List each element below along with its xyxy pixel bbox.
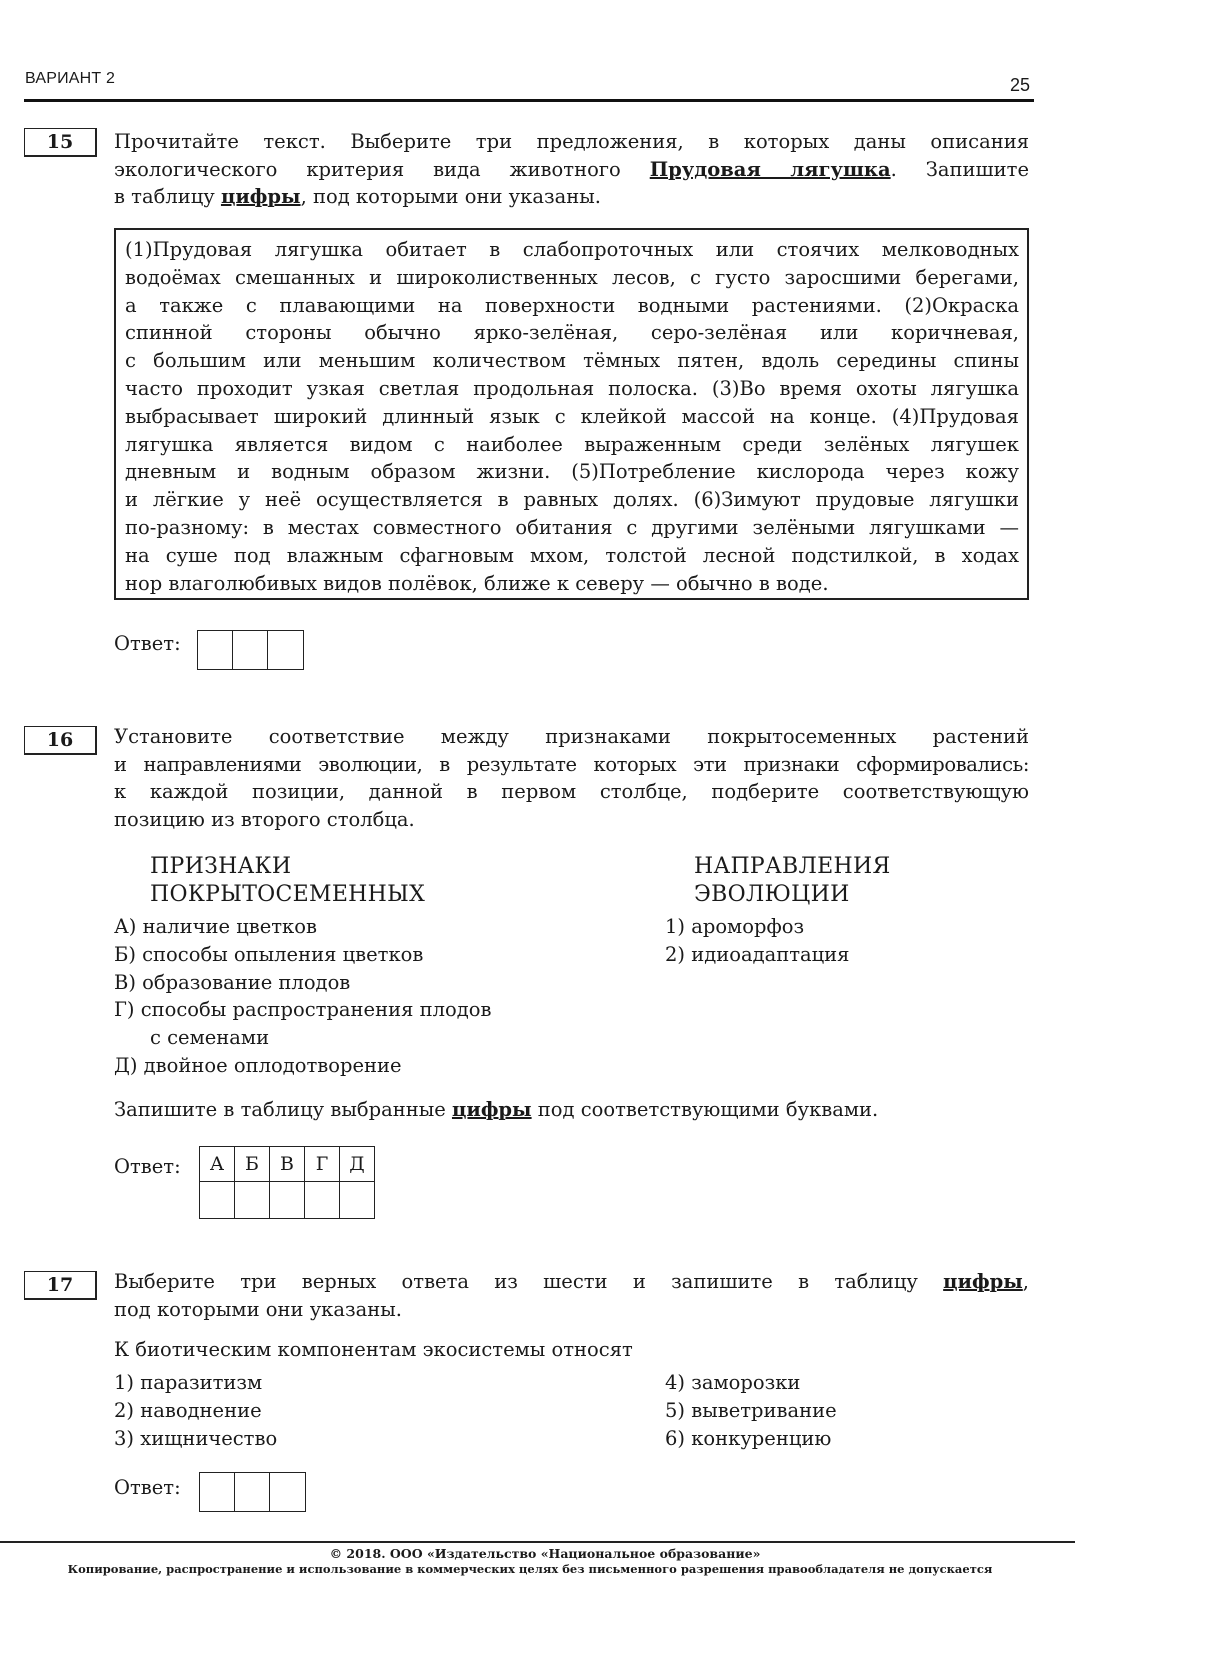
text-line: выбрасывает широкий длинный язык с клейк… xyxy=(125,403,1019,431)
header-divider xyxy=(24,99,1034,102)
answer-cell[interactable] xyxy=(270,1473,305,1511)
direction-item-1: 1) ароморфоз xyxy=(665,913,849,941)
feature-item-g-continued: с семенами xyxy=(114,1024,491,1052)
direction-item-2: 2) идиоадаптация xyxy=(665,941,849,969)
question-15-prompt: Прочитайте текст. Выберите три предложен… xyxy=(114,128,1029,211)
right-column-items: 1) ароморфоз 2) идиоадаптация xyxy=(665,913,849,969)
answer-cell[interactable] xyxy=(200,1473,235,1511)
option-2: 2) наводнение xyxy=(114,1397,277,1425)
question-15-text-box: (1)Прудовая лягушка обитает в слабопрото… xyxy=(114,228,1029,600)
answer-label-15: Ответ: xyxy=(114,632,181,655)
text-line: по-разному: в местах совместного обитани… xyxy=(125,514,1019,542)
left-column-heading: ПРИЗНАКИ ПОКРЫТОСЕМЕННЫХ xyxy=(150,853,425,909)
text-line: водоёмах смешанных и широколиственных ле… xyxy=(125,264,1019,292)
footer-notice: Копирование, распространение и использов… xyxy=(0,1562,1060,1576)
question-16-instruction: Запишите в таблицу выбранные цифры под с… xyxy=(114,1096,878,1124)
feature-item-a: А) наличие цветков xyxy=(114,913,491,941)
text-line: нор влаголюбивых видов полёвок, ближе к … xyxy=(125,570,1019,598)
options-right: 4) заморозки 5) выветривание 6) конкурен… xyxy=(665,1369,837,1452)
letter-header-d: Д xyxy=(340,1147,375,1182)
right-column-heading: НАПРАВЛЕНИЯ ЭВОЛЮЦИИ xyxy=(694,853,891,909)
answer-cell[interactable] xyxy=(305,1182,340,1219)
answer-cell[interactable] xyxy=(268,631,303,669)
prompt-line: экологического критерия вида животного П… xyxy=(114,156,1029,184)
answer-label-16: Ответ: xyxy=(114,1155,181,1178)
prompt-line: под которыми они указаны. xyxy=(114,1296,1029,1324)
text-line: на суше под влажным сфагновым мхом, толс… xyxy=(125,542,1019,570)
question-number-17: 17 xyxy=(24,1271,97,1300)
answer-cell[interactable] xyxy=(198,631,233,669)
prompt-line: Установите соответствие между признаками… xyxy=(114,723,1029,751)
key-word-digits: цифры xyxy=(452,1098,532,1121)
question-number-16: 16 xyxy=(24,726,97,755)
variant-label: ВАРИАНТ 2 xyxy=(25,70,115,88)
page-number: 25 xyxy=(1010,75,1030,96)
letter-header-g: Г xyxy=(305,1147,340,1182)
question-number-15: 15 xyxy=(24,128,97,157)
answer-cell[interactable] xyxy=(235,1182,270,1219)
answer-cells-17 xyxy=(199,1472,306,1512)
option-1: 1) паразитизм xyxy=(114,1369,277,1397)
answer-cells-15 xyxy=(197,630,304,670)
species-name: Прудовая лягушка xyxy=(650,158,891,181)
answer-cell[interactable] xyxy=(235,1473,270,1511)
options-left: 1) паразитизм 2) наводнение 3) хищничест… xyxy=(114,1369,277,1452)
text-line: спинной стороны обычно ярко-зелёная, сер… xyxy=(125,319,1019,347)
option-5: 5) выветривание xyxy=(665,1397,837,1425)
question-17-stem: К биотическим компонентам экосистемы отн… xyxy=(114,1336,633,1364)
text-line: с большим или меньшим количеством тёмных… xyxy=(125,347,1019,375)
option-4: 4) заморозки xyxy=(665,1369,837,1397)
footer-divider xyxy=(0,1541,1075,1543)
option-6: 6) конкуренцию xyxy=(665,1425,837,1453)
prompt-line: к каждой позиции, данной в первом столбц… xyxy=(114,778,1029,806)
prompt-line: Выберите три верных ответа из шести и за… xyxy=(114,1268,1029,1296)
answer-label-17: Ответ: xyxy=(114,1476,181,1499)
question-16-prompt: Установите соответствие между признаками… xyxy=(114,723,1029,833)
text-line: дневным и водным образом жизни. (5)Потре… xyxy=(125,458,1019,486)
footer-copyright: © 2018. ООО «Издательство «Национальное … xyxy=(0,1546,1090,1561)
feature-item-v: В) образование плодов xyxy=(114,969,491,997)
answer-cell[interactable] xyxy=(340,1182,375,1219)
letter-header-b: Б xyxy=(235,1147,270,1182)
left-column-items: А) наличие цветков Б) способы опыления ц… xyxy=(114,913,491,1080)
key-word-digits: цифры xyxy=(221,185,301,208)
feature-item-b: Б) способы опыления цветков xyxy=(114,941,491,969)
letter-header-v: В xyxy=(270,1147,305,1182)
feature-item-g: Г) способы распространения плодов xyxy=(114,996,491,1024)
key-word-digits: цифры xyxy=(943,1270,1023,1293)
prompt-line: и направлениями эволюции, в результате к… xyxy=(114,751,1029,779)
answer-cell[interactable] xyxy=(200,1182,235,1219)
prompt-line: в таблицу цифры, под которыми они указан… xyxy=(114,183,1029,211)
text-line: (1)Прудовая лягушка обитает в слабопрото… xyxy=(125,236,1019,264)
text-line: часто проходит узкая светлая продольная … xyxy=(125,375,1019,403)
answer-grid-16: А Б В Г Д xyxy=(199,1146,375,1219)
feature-item-d: Д) двойное оплодотворение xyxy=(114,1052,491,1080)
option-3: 3) хищничество xyxy=(114,1425,277,1453)
prompt-line: Прочитайте текст. Выберите три предложен… xyxy=(114,128,1029,156)
text-line: а также с плавающими на поверхности водн… xyxy=(125,292,1019,320)
letter-header-a: А xyxy=(200,1147,235,1182)
text-line: лягушка является видом с наиболее выраже… xyxy=(125,431,1019,459)
prompt-line: позицию из второго столбца. xyxy=(114,806,1029,834)
answer-cell[interactable] xyxy=(233,631,268,669)
text-line: и лёгкие у неё осуществляется в равных д… xyxy=(125,486,1019,514)
answer-cell[interactable] xyxy=(270,1182,305,1219)
question-17-prompt: Выберите три верных ответа из шести и за… xyxy=(114,1268,1029,1323)
